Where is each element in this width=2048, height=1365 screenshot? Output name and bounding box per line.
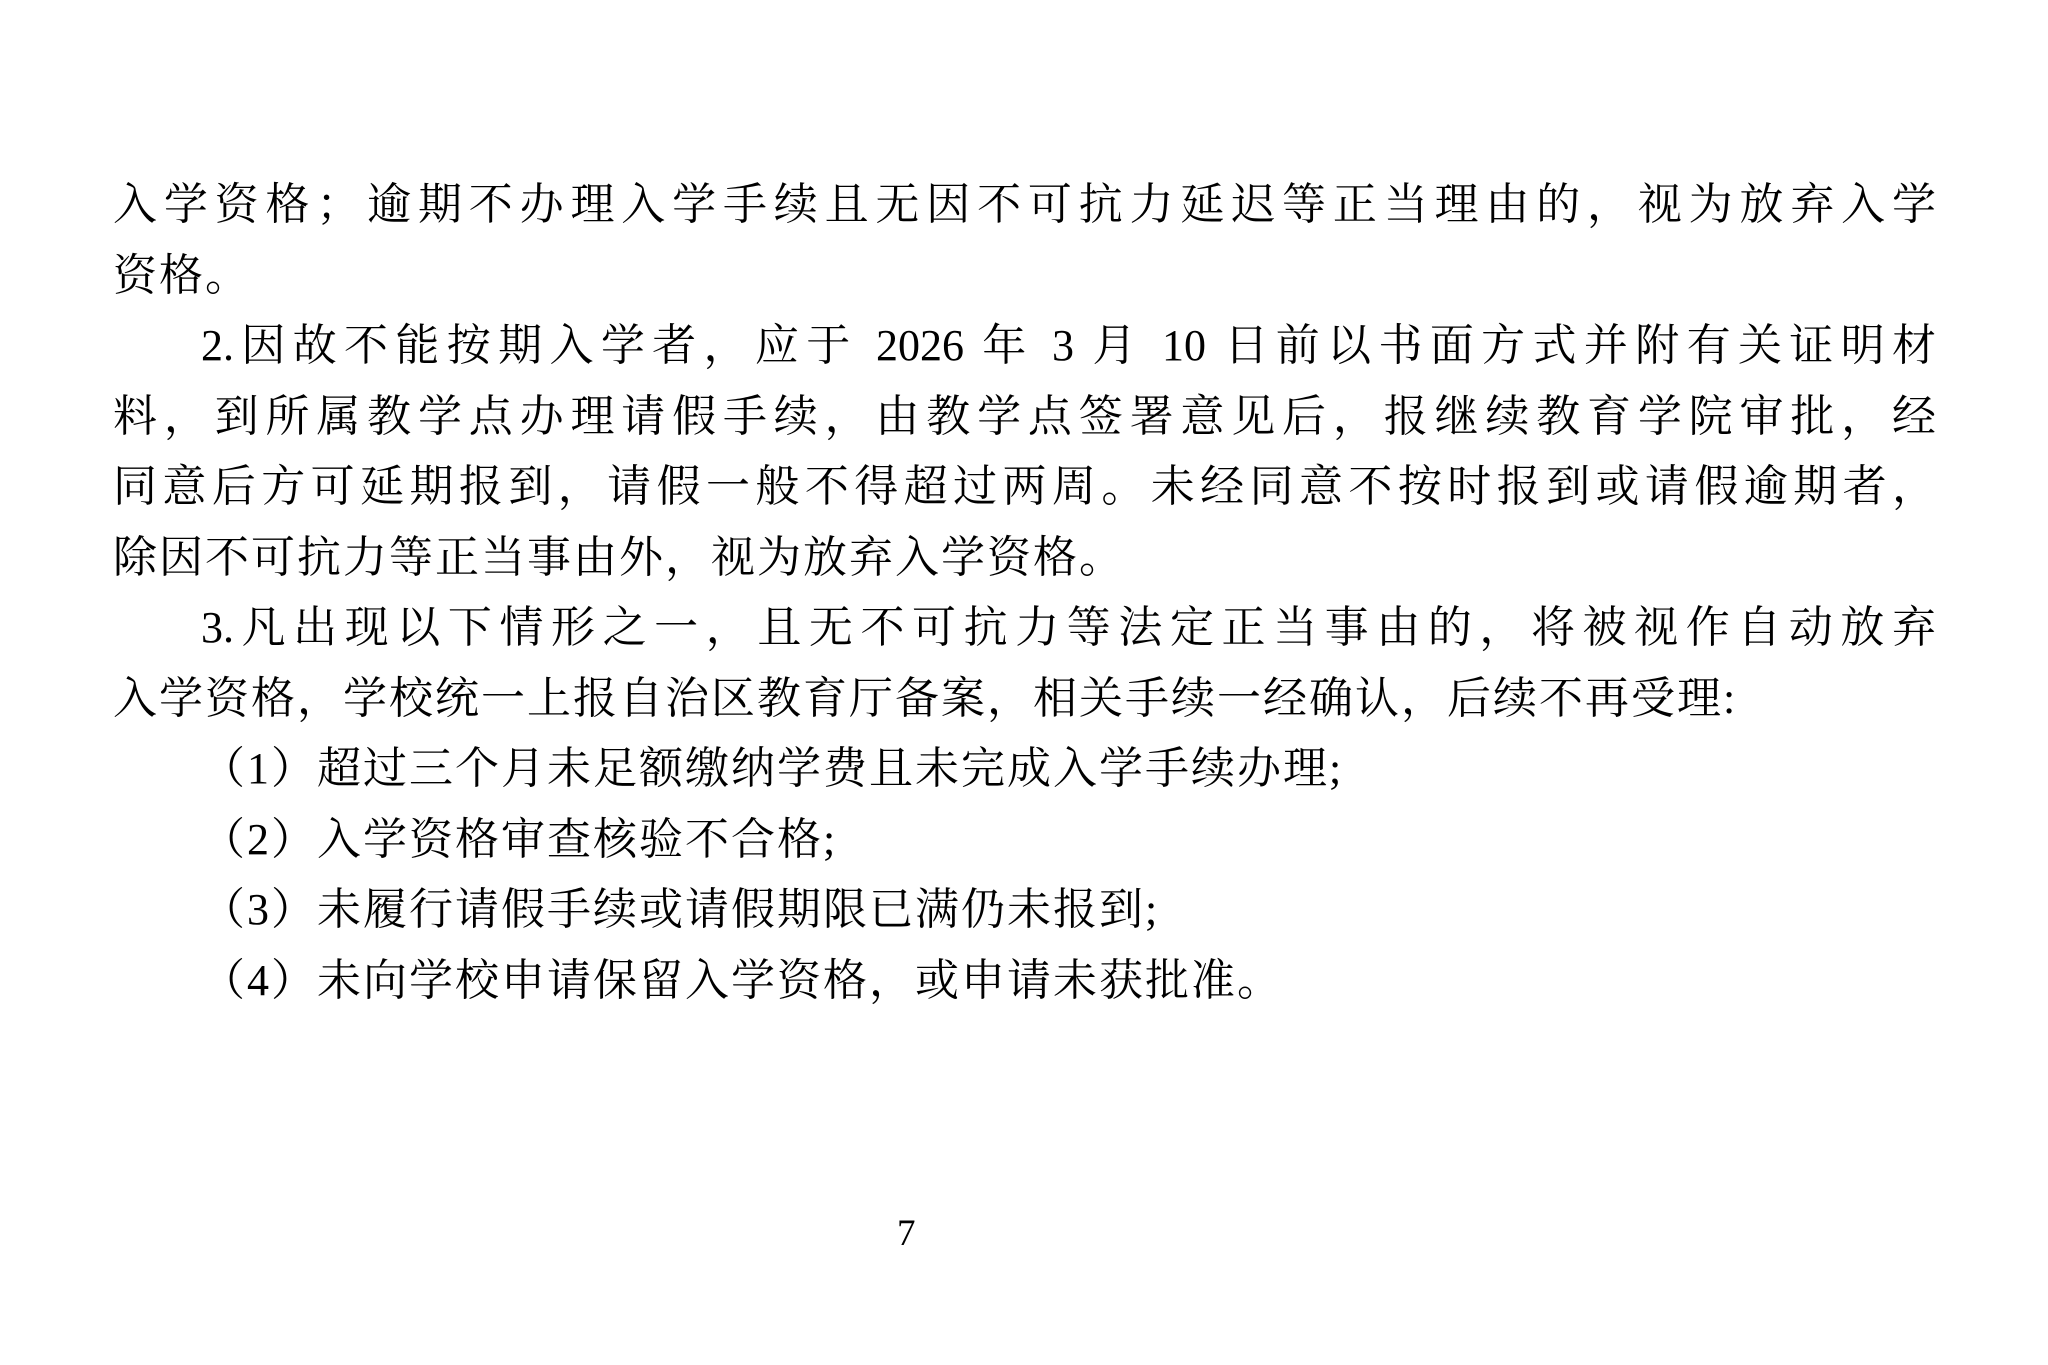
text-line: 除因不可抗力等正当事由外，视为放弃入学资格。 [113, 523, 1936, 594]
text-line list-item: （2）入学资格审查核验不合格; [113, 805, 1936, 876]
text-line list-item: （3）未履行请假手续或请假期限已满仍未报到; [113, 875, 1936, 946]
text-line: 2.因故不能按期入学者，应于 2026 年 3 月 10 日前以书面方式并附有关… [113, 311, 1936, 382]
text-line list-item: （4）未向学校申请保留入学资格，或申请未获批准。 [113, 946, 1936, 1017]
text-line: 3.凡出现以下情形之一，且无不可抗力等法定正当事由的，将被视作自动放弃 [113, 593, 1936, 664]
text-line: 同意后方可延期报到，请假一般不得超过两周。未经同意不按时报到或请假逾期者， [113, 452, 1936, 523]
text-line: 入学资格，学校统一上报自治区教育厅备案，相关手续一经确认，后续不再受理: [113, 664, 1936, 735]
text-line: 料，到所属教学点办理请假手续，由教学点签署意见后，报继续教育学院审批，经 [113, 382, 1936, 453]
page-number: 7 [897, 1212, 916, 1256]
document-page: 入学资格；逾期不办理入学手续且无因不可抗力延迟等正当理由的，视为放弃入学 资格。… [0, 0, 2048, 1365]
text-line list-item: （1）超过三个月未足额缴纳学费且未完成入学手续办理; [113, 734, 1936, 805]
text-line: 资格。 [113, 241, 1936, 312]
document-body: 入学资格；逾期不办理入学手续且无因不可抗力延迟等正当理由的，视为放弃入学 资格。… [113, 170, 1936, 1016]
text-line: 入学资格；逾期不办理入学手续且无因不可抗力延迟等正当理由的，视为放弃入学 [113, 170, 1936, 241]
